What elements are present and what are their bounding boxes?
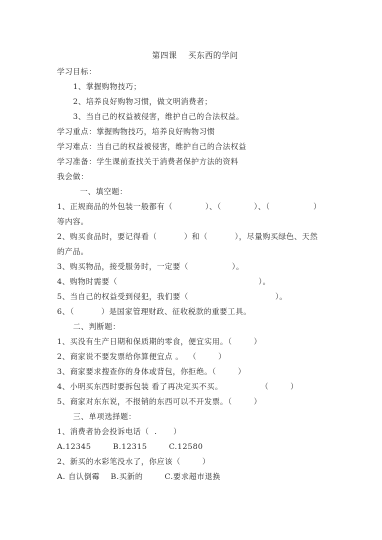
- preparation: 学习准备：学生课前查找关于消费者保护方法的资料: [57, 157, 239, 167]
- section1-heading: 一、填空题：: [80, 187, 127, 197]
- objectives-label: 学习目标：: [57, 67, 96, 77]
- section2-heading: 二、判断题：: [73, 322, 120, 332]
- fill-blank-item: 等内容。: [57, 217, 89, 227]
- page-title: 第四课 买东西的学问: [152, 51, 238, 61]
- true-false-item: 1、买没有生产日期和保质期的零食，便宜实用。（ ）: [57, 337, 262, 347]
- fill-blank-item: 4、购物时需要（ ）。: [57, 277, 271, 287]
- i-can-do-label: 我会做：: [57, 172, 89, 182]
- fill-blank-item: 1、正规商品的外包装一般都有（ ）、（ ）、（ ）: [57, 202, 321, 212]
- key-point: 学习重点：掌握购物技巧，培养良好购物习惯: [57, 127, 215, 137]
- true-false-item: 3、商家要求搜查你的身体或背包，你拒绝。（ ）: [57, 367, 246, 377]
- choice-question: 1、消费者协会投诉电话（ . ）: [57, 427, 181, 437]
- objective-item: 1、掌握购物技巧；: [73, 82, 141, 92]
- choice-options: A. 自认倒霉 B.买新的 C.要求超市退换: [57, 472, 221, 482]
- true-false-item: 5、商家对东东说，不报销的东西可以不开发票。（ ）: [57, 397, 262, 407]
- fill-blank-item: 5、当自己的权益受到侵犯，我们要（ ）。: [57, 292, 287, 302]
- true-false-item: 4、小明买东西时要拆包装 看了再决定买不买。 （ ）: [57, 382, 298, 392]
- section3-heading: 三、单项选择题：: [73, 412, 136, 422]
- difficulty: 学习难点：当自己的权益被侵害，维护自己的合法权益: [57, 142, 246, 152]
- fill-blank-item: 2、购买食品时，要记得看（ ）和（ ），尽量购买绿色、天然: [57, 232, 318, 242]
- objective-item: 2、培养良好购物习惯，做文明消费者；: [73, 97, 212, 107]
- fill-blank-item: 3、购买物品，接受服务时，一定要（ ）。: [57, 262, 244, 272]
- objective-item: 3、当自己的权益被侵害，维护自己的合法权益。: [73, 112, 244, 122]
- choice-question: 2、新买的水彩笔没水了，你应该（ ）: [57, 457, 210, 467]
- choice-options: A.12345 B.12315 C.12580: [57, 442, 203, 452]
- fill-blank-item: 的产品。: [57, 247, 89, 257]
- fill-blank-item: 6、（ ）是国家管理财政、征收税款的重要工具。: [57, 307, 251, 317]
- true-false-item: 2、商家说不要发票给你算便宜点 。 （ ）: [57, 352, 226, 362]
